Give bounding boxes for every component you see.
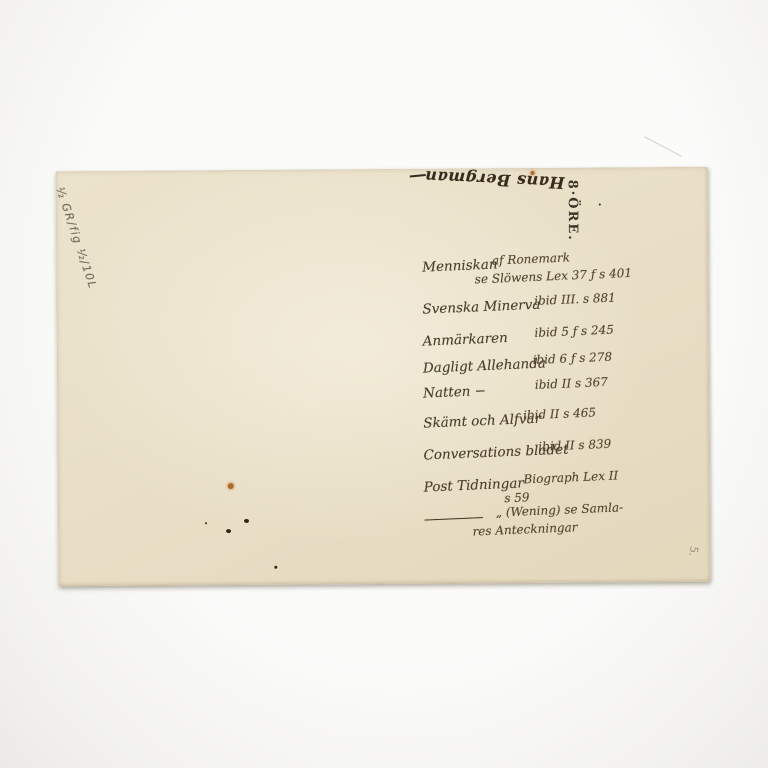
- ink-speck: [244, 519, 249, 523]
- entry-reference: af Ronemark: [492, 250, 571, 267]
- entry-reference: ibid 6 ƒ s 278: [532, 350, 612, 367]
- ledger-entry: Skämt och Alfvaribid II s 465: [423, 404, 704, 438]
- ledger-entry: Post TidningarBiograph Lex IIs 59: [423, 468, 704, 502]
- entry-reference: ibid 5 ƒ s 245: [534, 323, 614, 340]
- entry-title: Anmärkaren: [422, 330, 508, 350]
- photo-backdrop: ½ GR/fig ½/10L Hans Bergman 8·ÖRE. Menni…: [0, 0, 768, 768]
- ink-speck: [226, 529, 231, 533]
- rust-fox-spot: [531, 171, 535, 175]
- document-sheet: ½ GR/fig ½/10L Hans Bergman 8·ÖRE. Menni…: [56, 167, 711, 587]
- entry-reference: ibid II s 367: [535, 375, 609, 392]
- ledger-entry: Menniskanaf Ronemarkse Slöwens Lex 37 ƒ …: [422, 248, 703, 282]
- rust-fox-spot: [228, 483, 234, 489]
- entry-title: Natten −: [423, 383, 487, 402]
- upside-down-signature: Hans Bergman: [423, 167, 566, 192]
- postage-stamp-8-ore: 8·ÖRE.: [565, 180, 580, 250]
- corner-pencil-number: 5.: [686, 545, 701, 558]
- ledger-entry: Svenska Minervaibid III. s 881: [422, 290, 703, 324]
- entry-reference: ibid II s 839: [538, 437, 612, 454]
- entry-subline: res Anteckningar: [472, 520, 577, 538]
- entry-reference: Biograph Lex II: [523, 468, 618, 486]
- ink-speck: [274, 566, 277, 569]
- entry-title: Dagligt Allehanda: [423, 355, 547, 376]
- ledger-entry: Conversations bladetibid II s 839: [423, 436, 704, 470]
- pencil-inventory-annotation: ½ GR/fig ½/10L: [53, 185, 99, 291]
- entry-title: Svenska Minerva: [422, 297, 541, 318]
- entry-reference: ibid III. s 881: [534, 291, 616, 308]
- ledger-entry: —————„ (Wening) se Samla-res Anteckninga…: [424, 500, 705, 534]
- entry-subline: s 59: [504, 490, 530, 505]
- background-scratch: [644, 136, 682, 157]
- ink-speck: [599, 203, 601, 205]
- entry-reference: ibid II s 465: [523, 405, 597, 422]
- entry-subline: se Slöwens Lex 37 ƒ s 401: [474, 266, 632, 287]
- ink-speck: [205, 522, 207, 524]
